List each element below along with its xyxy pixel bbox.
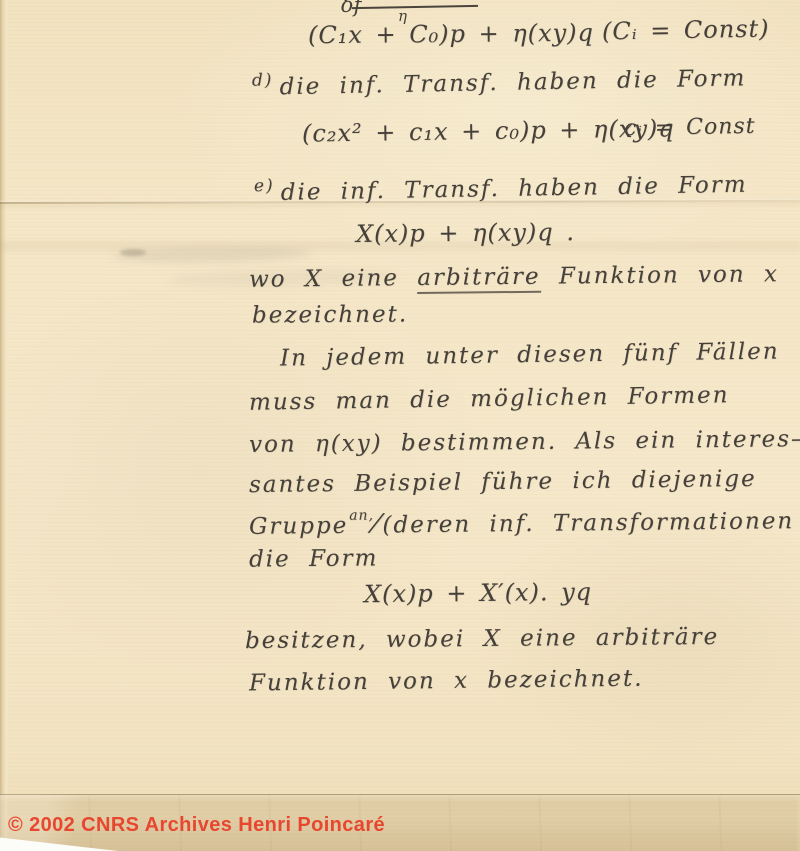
formula-line: X(x)p + X′(x). yq (364, 578, 592, 608)
text-line: wo X eine arbiträre Funktion von x (249, 261, 779, 293)
text-line-with-insertion: Gruppean,⁄(deren inf. Transformationen (249, 505, 794, 541)
text-segment: Gruppe (249, 513, 349, 540)
text-line: von η(xy) bestimmen. Als ein interes— (249, 426, 800, 458)
text-segment: (deren inf. Transformationen (382, 508, 794, 538)
page-left-edge (0, 0, 9, 851)
text-line: die Form (249, 545, 379, 572)
ink-speck (120, 249, 146, 256)
item-text: die inf. Transf. haben die Form (279, 65, 746, 100)
formula-line: (C₁x + C₀)p + η(xy)q (308, 19, 594, 49)
cut-off-formula-bar (352, 5, 478, 9)
formula-constant-note: (Cᵢ = Const) (602, 15, 770, 46)
item-marker: e) (254, 176, 275, 196)
inserted-word: an, (349, 508, 374, 524)
copyright-watermark: © 2002 CNRS Archives Henri Poincaré (8, 814, 385, 837)
manuscript-page: δf η (C₁x + C₀)p + η(xy)q (Cᵢ = Const) d… (0, 0, 800, 851)
text-line: Funktion von x bezeichnet. (249, 666, 644, 697)
text-line: In jedem unter diesen fünf Fällen (280, 339, 780, 372)
list-item-d: d)die inf. Transf. haben die Form (252, 61, 747, 100)
formula-constant-note: cᵢ = Const (624, 114, 756, 141)
insertion-caret: ⁄ (374, 509, 381, 539)
text-segment: wo X eine (249, 265, 417, 293)
formula-line: X(x)p + η(xy)q . (356, 218, 575, 248)
text-line: bezeichnet. (252, 301, 408, 328)
item-marker: d) (252, 70, 274, 90)
text-segment: Funktion von x (540, 261, 779, 289)
underlined-word: arbiträre (417, 264, 541, 294)
formula-line: (c₂x² + c₁x + c₀)p + η(xy)q (302, 114, 675, 147)
text-line: santes Beispiel führe ich diejenige (249, 466, 757, 498)
text-line: muss man die möglichen Formen (249, 382, 730, 416)
text-line: besitzen, wobei X eine arbiträre (245, 624, 719, 654)
